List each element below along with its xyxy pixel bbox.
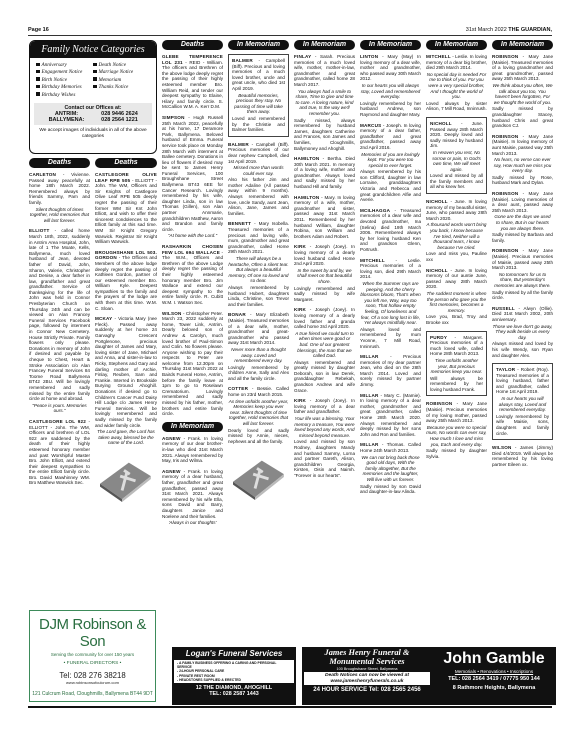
notice: ROBINSON - Mary Jane (Maisie). Precious …	[492, 248, 553, 300]
notice-name: MARCUS	[360, 123, 381, 128]
notice-name: BENNETT	[228, 221, 251, 226]
ad-address: 8 Rathmore Heights, Ballymena	[432, 685, 556, 691]
column-deaths-3: Deaths GLEBE TEMPERENCE LOL 231 - REID -…	[162, 40, 223, 640]
notice-verse: No special day is needed For me to think…	[426, 72, 487, 100]
category-item: Anniversary	[36, 62, 93, 69]
ad-service-line: - A FAMILY BUSINESS OFFERING A CARING AN…	[177, 661, 291, 669]
notice: KIRK - Joseph (Joey). In loving memory o…	[294, 244, 355, 302]
issue-date: 31st March 2022	[466, 27, 507, 33]
notice-name: MITCHELL	[360, 258, 385, 263]
ad-address: 100 Broughshane Street, Ballymena	[304, 667, 430, 671]
notice-signoff: Lovingly remembered by her husband Andre…	[360, 101, 421, 118]
notice: BALMER - Campbell (Biff). Precious and l…	[228, 54, 289, 137]
notice-name: MITCHELL	[426, 54, 451, 59]
ad-services-list: - A FAMILY BUSINESS OFFERING A CARING AN…	[174, 660, 294, 683]
notice-name: ROBINSON	[492, 54, 518, 59]
notice-name: WILSON	[162, 311, 182, 316]
notice-name: AGNEW	[162, 436, 181, 441]
ad-djm-robinson: DJM Robinson & Son Serving the community…	[29, 610, 156, 702]
notice-signoff: Lovingly remembered by children Anne, Sa…	[228, 365, 289, 382]
column-memoriam-1: In Memoriam BALMER - Campbell (Biff). Pr…	[228, 40, 289, 640]
notice-text: Vivienne. Passed away peacefully at home…	[29, 172, 90, 205]
notice-name: TAYLOR	[496, 367, 515, 372]
notice: CARLETON - Vivienne. Passed away peacefu…	[29, 172, 90, 223]
advertiser-name: James Henry Funeral & Monumental Service…	[304, 649, 430, 666]
notice-verse: Missed more than words could ever say.	[228, 165, 289, 176]
notice-verse: Your life was a blessing, Your memory a …	[294, 416, 355, 438]
notice-text: Frank. In loving memory of a dear husban…	[162, 469, 223, 519]
advertiser-name: John Gamble	[432, 650, 556, 667]
notice-verse: "At home with the Lord."	[162, 233, 223, 239]
notice: GLEBE TEMPERENCE LOL 231 - REID - Willia…	[162, 54, 223, 110]
notice-name: ELLIOTT	[29, 228, 50, 233]
notice-name: SIMPSON	[162, 115, 185, 120]
notice-name: NICHOLL	[430, 121, 452, 126]
page-number: Page 16	[28, 27, 49, 33]
category-item: Thanks Notice	[93, 84, 150, 91]
notice-text: Mary. In loving memory of a wife, mother…	[294, 195, 355, 239]
ad-slogan: Serving the community for over 150 years	[30, 652, 155, 657]
notice-name: MCILHAGGA	[360, 208, 390, 213]
notice: COTTER - Bessie. Called home on 23rd Mar…	[228, 386, 289, 444]
office-name: BALLYMENA:	[40, 117, 93, 123]
notice: WILSON - James (Jimmy) Died 4/4/2019. Wi…	[492, 445, 553, 467]
category-item: Birth Notice	[36, 77, 93, 84]
notice-name: KIRK	[294, 244, 306, 249]
section-label-deaths: Deaths	[162, 40, 223, 50]
notice-name: COTTER	[228, 386, 248, 391]
column-deaths-2: Deaths CASTLEGORE OLIVE LEAF RPB 505 - E…	[95, 158, 157, 603]
notice-signoff: Sadly missed by Barbara and family.	[492, 232, 553, 243]
category-item: Birthday Wishes	[36, 92, 93, 99]
section-label-memoriam: In Memoriam	[426, 40, 487, 50]
notice-verse: No tomorrow's for us to share, But yeste…	[492, 272, 553, 289]
office-phone: 028 2564 1221	[93, 117, 146, 123]
notice-verse: The saddest moment is when the person wh…	[426, 291, 487, 313]
notice: BALMER - Campbell (Biff). Precious memor…	[228, 142, 289, 217]
notice-verse: A true friend we could turn to when time…	[294, 331, 355, 359]
notice-signoff: Loved and missed by all the family membe…	[430, 173, 483, 190]
notice-signoff: Will always be remembered by her loving …	[430, 376, 483, 393]
notice-signoff: Lovingly remembered and sadly missed by …	[294, 286, 355, 303]
category-item: Death Notice	[93, 62, 150, 69]
notice: MCKAY - Victoria Mary (nee Fleck). Passe…	[95, 316, 157, 446]
notice-text: called home March 18th, 2022, suddenly i…	[29, 228, 90, 401]
header-rule	[28, 35, 552, 36]
notice-text: Christopher Peter. March 23, 2022 sudden…	[162, 311, 223, 417]
notice: MITCHELL - Leslie. Precious memories of …	[360, 258, 421, 350]
notice: AGNEW - Frank. In loving memory of our d…	[162, 436, 223, 464]
notice-text: Mary Isobella. Treasured memories of a p…	[228, 221, 289, 254]
ad-logans-funeral: Logan's Funeral Services - A FAMILY BUSI…	[172, 647, 296, 705]
notice-name: MCKAY	[95, 316, 112, 321]
category-item: Marriage Notice	[93, 69, 150, 76]
masthead: 31st March 2022 THE GUARDIAN,	[466, 27, 552, 33]
notice: ROBINSON - Mary Jane (Maisie). Loving me…	[492, 191, 553, 243]
category-item: Birthday Memories	[36, 84, 93, 91]
section-label-memoriam: In Memoriam	[492, 40, 553, 50]
notice-signoff: Love and miss you, Pauline xxx	[426, 251, 487, 262]
category-item: Memoriam	[93, 77, 150, 84]
notice: NICHOLL - June. In loving memory of our …	[426, 268, 487, 326]
notice-text: Bertha. Died 30th March 2021. In memory …	[294, 156, 355, 189]
section-label-deaths: Deaths	[95, 158, 157, 168]
notice-name: WILSON	[492, 445, 512, 450]
notice-name: CASTLEGORE LOL 922	[29, 419, 86, 424]
notice-verse: The Lord gave, the Lord has taken away, …	[95, 429, 157, 446]
ad-service-line: - HEADSTONES SUPPLIED & ERECTED	[177, 678, 291, 682]
notice: MCILHAGGA - Treasured memories of a dear…	[360, 208, 421, 253]
notice-name: MILLAR	[360, 354, 379, 359]
notice: MITCHELL - Leslie. In loving memory of a…	[426, 54, 487, 112]
notice-verse: In our hearts you will always stay, Love…	[360, 83, 421, 100]
notice-signoff: Sadly missed, always remembered by husba…	[294, 118, 355, 152]
notice-verse: Never more than a thought away. Loved an…	[228, 347, 289, 364]
notice: NICHOLL - June. In loving memory of my b…	[426, 199, 487, 263]
notice-text: Treasured memories of a dear wife and de…	[360, 208, 421, 252]
ad-service: • FUNERAL DIRECTORS •	[30, 661, 155, 666]
notice-verse: In the sweet by and by, we shall meet on…	[294, 268, 355, 285]
notice-signoff: Sadly missed by all the family circle.	[492, 290, 553, 301]
ad-phone: TEL: 028 2564 3419 / 07775 950 144	[432, 676, 556, 682]
notice-name: KIRK	[294, 398, 306, 403]
notice-verse: As time unfolds another year, Memories k…	[228, 399, 289, 427]
notice: KIRK - Joseph (Joey). In loving memory o…	[294, 398, 355, 478]
notice-verse: "Peace is yours. Memories ours."	[29, 403, 90, 414]
ad-address: 121 Culcrum Road, Cloughmills, Ballymena…	[30, 691, 155, 697]
notice-signoff: Sadly missed by son David and daughter-i…	[360, 484, 421, 495]
notice-name: ROBINSON	[492, 191, 518, 196]
notice-name: BALMER	[232, 58, 253, 63]
notice-verse: There will always be a heartache, Often …	[228, 256, 289, 284]
bible-icon	[95, 455, 153, 503]
notice: CASTLEGORE LOL 922 - ELLIOTT - John. The…	[29, 419, 90, 486]
notice: LINTON - Mary (May) In loving memory of …	[360, 54, 421, 118]
ad-website: Death Notices can now be viewed at www.j…	[304, 672, 430, 685]
category-item: Engagement Notice	[36, 69, 93, 76]
section-label-memoriam: In Memoriam	[228, 40, 289, 50]
section-label-memoriam: In Memoriam	[162, 422, 223, 432]
notice-verse: Beautiful memories, precious they stay. …	[232, 93, 285, 115]
column-memoriam-2: In Memoriam FINLAY - Sarah. Precious mem…	[294, 40, 355, 640]
notice-name: MILLAR	[360, 393, 379, 398]
notice-verse: No fears, no verse can ever say, How muc…	[492, 157, 553, 174]
notice-signoff: Always remembered by his son Clifford, d…	[360, 169, 421, 203]
notice: ROBINSON - Mary Jane (Maisie). In loving…	[492, 134, 553, 186]
section-label-memoriam: In Memoriam	[360, 40, 421, 50]
notice-name: BONAR	[228, 312, 246, 317]
ad-phone: TEL: 028 2587 1443	[174, 691, 294, 697]
notice-text: REID - William. The officers and Brethre…	[162, 60, 223, 110]
notice-name: BALMER	[228, 142, 249, 147]
advertiser-name: Logan's Funeral Services	[174, 649, 294, 658]
notice-name: CARLETON	[29, 172, 56, 177]
notice: FINLAY - Sarah. Precious memories of a m…	[294, 54, 355, 151]
notice-name: LINTON	[360, 54, 378, 59]
categories-title: Family Notice Categories	[30, 41, 156, 58]
notice-verse: Gone are the days we used to share, But …	[492, 214, 553, 231]
notice-name: HAMILTON	[294, 156, 319, 161]
ad-website: www.robinsonsofculcrum.com	[30, 680, 155, 685]
notice-name: NICHOLL	[426, 268, 448, 273]
notice-name: HAMILTON	[294, 195, 319, 200]
notice-signoff: Sadly missed by daughter Sylvia.	[426, 448, 487, 459]
notice-signoff: Loved and remembered by the Christie and…	[232, 116, 285, 133]
notice-signoff: Always remembered by husband Hubert, dau…	[228, 285, 289, 307]
notice: MILLAR - Mary C. (Mamie). In loving memo…	[360, 393, 421, 438]
notice-text: Hugh Russell 25th March 2022, peacefully…	[162, 115, 223, 232]
notice-verse: A thousand words won't bring you back, I…	[426, 222, 487, 250]
notice: BROUGHSHANE LOL 503. GORDON - The Office…	[95, 250, 157, 312]
notice-verse: Because you were so special mum, No word…	[426, 425, 487, 447]
ad-james-henry: James Henry Funeral & Monumental Service…	[302, 647, 432, 705]
notice-text: ELLIOTT - John. The WM, Officers and bre…	[29, 425, 90, 486]
images-note: We accept images of individuals in all o…	[30, 125, 156, 143]
advertiser-name: DJM Robinson & Son	[30, 616, 155, 650]
notice: TAYLOR - Robert (Roy). Treasured memorie…	[492, 363, 553, 440]
notice-verse: We can not bring back those good old day…	[360, 455, 421, 483]
notice: MILLAR - Precious memories of my dear pa…	[360, 354, 421, 388]
notice-signoff: Always missed and loved by his wife Wend…	[492, 341, 553, 358]
notice-text: Mary C. (Mamie). In loving memory of a d…	[360, 393, 421, 437]
ad-john-gamble: John Gamble Memorials • Renovations • In…	[432, 647, 556, 705]
notice: CASTLEGORE OLIVE LEAF RPB 505 - ELLIOTT …	[95, 172, 157, 245]
notice-verse: Silent thoughts of times together, Hold …	[29, 207, 90, 224]
notice: AGNEW - Frank. In loving memory of a dea…	[162, 469, 223, 526]
notice-text: Victoria Mary (nee Fleck). Passed away s…	[95, 316, 157, 427]
notice-name: NICHOLL	[426, 199, 448, 204]
ad-phone: 24 HOUR SERVICE Tel: 028 2565 2456	[304, 687, 430, 693]
notice-signoff: Loved and missed by son Rodney, daughter…	[294, 439, 355, 478]
notice-text: ELLIOTT - John. The WM, Officers and Sir…	[95, 178, 157, 245]
notice-signoff: Also his father Jim and mother Adaline (…	[228, 177, 289, 216]
notice-verse: In Heaven you rest, No sorrow or pain, I…	[430, 150, 483, 172]
notice-verse: In our hearts you will always stay, Love…	[496, 396, 549, 413]
notice-signoff: Always remembered and greatly missed by …	[294, 360, 355, 394]
bible-icon	[228, 453, 286, 501]
category-list: AnniversaryDeath NoticeEngagement Notice…	[30, 58, 156, 103]
notice-verse: 'Always in our thoughts'	[162, 520, 223, 526]
notice-verse: When the Summer rays are peeping, And th…	[360, 281, 421, 326]
notice-name: KIRK	[294, 307, 306, 312]
notice: WILSON - Christopher Peter. March 23, 20…	[162, 311, 223, 417]
notice: BENNETT - Mary Isobella. Treasured memor…	[228, 221, 289, 307]
notice: MILLAR - Thomas. Called Home 24th March …	[360, 442, 421, 494]
family-notice-categories: Family Notice Categories AnniversaryDeat…	[29, 40, 157, 154]
column-memoriam-5: In Memoriam ROBINSON - Mary Jane (Maisie…	[492, 40, 553, 640]
contact-offices: Contact our Offices at: ANTRIM:028 9446 …	[34, 103, 152, 125]
paper-name: THE GUARDIAN,	[508, 27, 552, 33]
notice-name: RASHARKIN CHOSEN FEW LOL 694 WALLACE	[162, 244, 223, 255]
section-label-deaths: Deaths	[29, 158, 90, 168]
notice-text: Mary Elizabeth (Maisie). Treasured memor…	[228, 312, 289, 345]
notice: HAMILTON - Mary. In loving memory of a w…	[294, 195, 355, 240]
footer-rule	[28, 706, 552, 708]
ad-phone: Tel: 028 276 38218	[30, 671, 155, 680]
notice: MARCUS - Joseph. In loving memory of a d…	[360, 123, 421, 203]
notice-name: MILLAR	[360, 442, 379, 447]
notice: PURDY - Margaret. Precious memories of a…	[426, 331, 487, 397]
notice: ELLIOTT - called home March 18th, 2022, …	[29, 228, 90, 414]
notice: HAMILTON - Bertha. Died 30th March 2021.…	[294, 156, 355, 190]
notice-text: The W.M., Officers and Brethren of the a…	[162, 255, 223, 305]
notice-name: ROBINSON	[426, 401, 452, 406]
notice-signoff: Loved always by sister Alison, 7 Mill Ro…	[426, 101, 487, 112]
notice: BONAR - Mary Elizabeth (Maisie). Treasur…	[228, 312, 289, 381]
notice-verse: Memories of you are lovingly kept. For y…	[360, 152, 421, 169]
notice-signoff: Sadly missed by granddaughter Stacey, hu…	[492, 106, 553, 128]
notice-text: Precious memories of my dear partner Jea…	[360, 354, 421, 387]
notice-name: AGNEW	[162, 469, 181, 474]
notice: ROBINSON - Mary Jane (Maisie). Precious …	[426, 401, 487, 459]
notice: KIRK - Joseph (Joey). In loving memory o…	[294, 307, 355, 393]
notice: RUSSELL - Alwyn (Ollie). Died 31st March…	[492, 306, 553, 358]
notice: ROBINSON - Mary Jane (Maisie). Treasured…	[492, 54, 553, 129]
column-memoriam-4: In Memoriam MITCHELL - Leslie. In loving…	[426, 40, 487, 640]
notice-verse: You always had a smile to share, Time to…	[294, 89, 355, 117]
notice-name: FINLAY	[294, 54, 311, 59]
notice-signoff: Love you, Brad, Troy and Brooke xxx	[426, 314, 487, 325]
ad-services: Memorials • Renovations • Inscriptions	[432, 669, 556, 674]
notice-name: RUSSELL	[492, 306, 515, 311]
notice-text: The Officers and Members of the above lo…	[95, 255, 157, 310]
notice-name: PURDY	[430, 335, 447, 340]
notice-text: Sarah. Precious memories of a much loved…	[294, 54, 355, 87]
notice: NICHOLL - June. Passed away 28th March 2…	[426, 117, 487, 194]
notice-text: Campbell (Biff). Precious and loving mem…	[232, 58, 285, 91]
notice-signoff: Dearly loved and sadly missed by Annie, …	[228, 428, 289, 445]
notice-verse: We think about you often, We talk about …	[492, 83, 553, 105]
column-memoriam-3: In Memoriam LINTON - Mary (May) In lovin…	[360, 40, 421, 640]
notice-verse: Time unfolds another year, But precious …	[430, 358, 483, 375]
notice-signoff: Lovingly remembered by wife Maisie, sons…	[496, 414, 549, 436]
notice: RASHARKIN CHOSEN FEW LOL 694 WALLACE - T…	[162, 244, 223, 306]
notice-signoff: Always loved and remembered by mum Yvonn…	[360, 327, 421, 349]
notice-signoff: Sadly missed by Rose, husband Mark and D…	[492, 175, 553, 186]
notice-verse: Those we love don't go away, They walk b…	[492, 324, 553, 341]
notice-name: ROBINSON	[492, 134, 518, 139]
section-label-memoriam: In Memoriam	[294, 40, 355, 50]
notice: SIMPSON - Hugh Russell 25th March 2022, …	[162, 115, 223, 239]
column-deaths-1: Deaths CARLETON - Vivienne. Passed away …	[29, 158, 90, 603]
notice-name: ROBINSON	[492, 248, 518, 253]
